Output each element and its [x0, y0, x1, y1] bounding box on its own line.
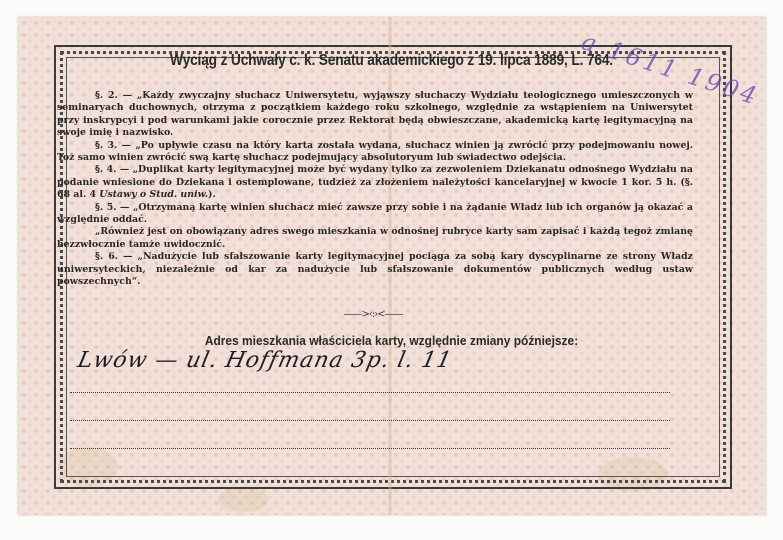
section-4: §. 4. — „Duplikat karty legitymacyjnej m… — [57, 164, 693, 201]
section-4-citation: Ustawy o Stud. uniw. — [99, 189, 208, 200]
section-5-address: „Również jest on obowiązany adres swego … — [57, 226, 693, 251]
section-3: §. 3. — „Po upływie czasu na który karta… — [57, 140, 693, 165]
regulation-text: §. 2. — „Każdy zwyczajny słuchacz Uniwer… — [57, 90, 693, 289]
section-2: §. 2. — „Każdy zwyczajny słuchacz Uniwer… — [57, 90, 693, 140]
section-5: §. 5. — „Otrzymaną kartę winien słuchacz… — [57, 202, 693, 227]
section-4-end: ). — [208, 189, 216, 200]
address-line-3 — [70, 448, 670, 449]
paper-stain — [218, 487, 268, 512]
section-6: §. 6. — „Nadużycie lub sfałszowanie kart… — [57, 251, 693, 288]
address-line-1 — [70, 392, 670, 393]
handwritten-address: Lwów — ul. Hoffmana 3p. l. 11 — [75, 348, 454, 373]
address-label: Adres mieszkania właściciela karty, wzgl… — [31, 333, 751, 348]
address-line-2 — [70, 420, 670, 421]
document-title: Wyciąg z Uchwały c. k. Senatu akademicki… — [55, 52, 728, 70]
ornament-divider: ——>‹:›<—— — [328, 309, 418, 319]
